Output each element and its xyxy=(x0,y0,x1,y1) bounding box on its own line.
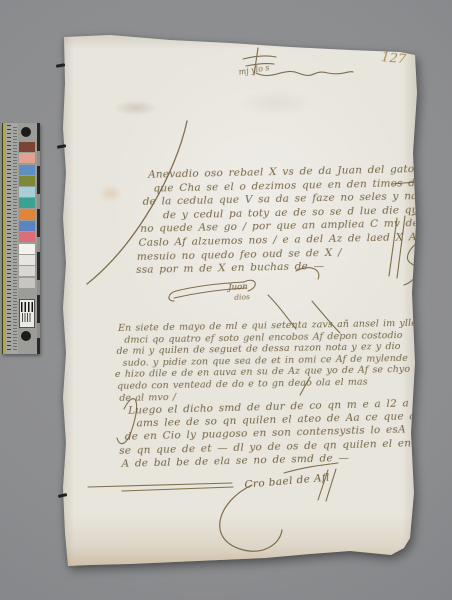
color-patch xyxy=(19,221,35,231)
rubric-signature: Juon xyxy=(228,282,248,293)
gray-patch xyxy=(19,244,35,254)
color-calibration-bar xyxy=(2,123,40,354)
ruler-microtext xyxy=(13,127,17,350)
color-patch xyxy=(19,198,35,208)
folio-number: 127 xyxy=(380,50,406,68)
paper-shadow: 127 mj ylo s Anevadio oso rebael X vs de… xyxy=(60,33,420,568)
color-patch xyxy=(19,142,35,152)
bottom-rule xyxy=(88,483,233,491)
paragraph-3: Luego el dicho smd de dur de co qn m e a… xyxy=(116,397,439,471)
calibration-bar-right-ticks xyxy=(37,123,40,354)
color-patch xyxy=(19,187,35,197)
calibration-ruler xyxy=(6,123,18,354)
color-patch xyxy=(19,153,35,163)
barcode-bars xyxy=(21,302,33,312)
gray-patch xyxy=(19,278,35,288)
paragraph-2: En siete de mayo de ml e qui setenta zav… xyxy=(114,318,418,404)
color-patch xyxy=(19,176,35,186)
gray-patch xyxy=(19,266,35,276)
calibration-barcode-label xyxy=(19,299,35,328)
paragraph-1: Anevadio oso rebael X vs de da Juan del … xyxy=(134,162,452,278)
signature: Cro bael de Afl xyxy=(244,472,330,491)
docket-note: mj ylo s xyxy=(238,63,270,77)
manuscript-page: 127 mj ylo s Anevadio oso rebael X vs de… xyxy=(60,33,420,568)
barcode-bars xyxy=(22,313,32,322)
registration-dot-top xyxy=(21,127,31,137)
calibration-patch-column xyxy=(18,123,37,354)
color-patch xyxy=(19,232,35,242)
ruler-ticks xyxy=(7,125,11,352)
archival-photograph: 127 mj ylo s Anevadio oso rebael X vs de… xyxy=(0,0,452,600)
color-patches xyxy=(19,142,35,289)
rubric-signature-2: dios xyxy=(234,292,250,302)
registration-dot-bottom xyxy=(21,331,31,341)
gray-patch xyxy=(19,255,35,265)
color-patch xyxy=(19,210,35,220)
color-patch xyxy=(19,165,35,175)
